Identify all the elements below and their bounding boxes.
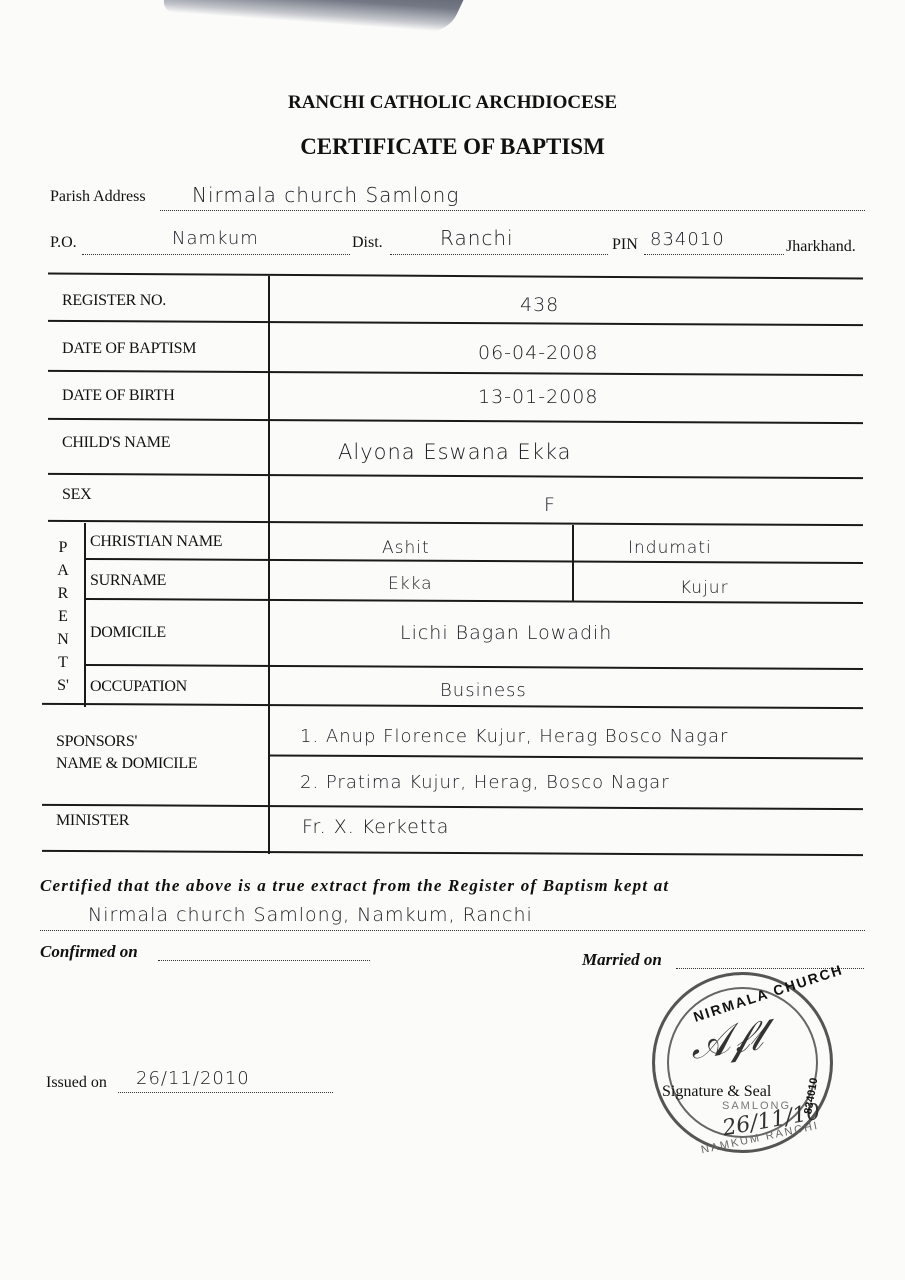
confirmed-on-label: Confirmed on <box>40 942 138 962</box>
child-name-value: Alyona Eswana Ekka <box>338 440 572 464</box>
sex-value: F <box>544 494 556 516</box>
father-christian-name: Ashit <box>382 538 430 558</box>
table-column-divider <box>268 706 270 854</box>
row-divider <box>86 558 863 564</box>
row-divider <box>48 320 863 326</box>
pin-value: 834010 <box>650 229 725 250</box>
father-surname: Ekka <box>388 574 433 594</box>
parents-letter: P <box>54 536 72 559</box>
row-divider <box>86 664 863 670</box>
sponsors-label-line1: SPONSORS' <box>56 733 137 751</box>
kept-at-value: Nirmala church Samlong, Namkum, Ranchi <box>88 904 533 926</box>
mother-surname: Kujur <box>680 578 729 598</box>
signature-seal-label: Signature & Seal <box>662 1083 771 1101</box>
domicile-value: Lichi Bagan Lowadih <box>400 622 612 644</box>
domicile-label: DOMICILE <box>90 624 166 642</box>
issued-on-value: 26/11/2010 <box>136 1068 250 1089</box>
po-value: Namkum <box>172 228 259 249</box>
parents-side-label: P A R E N T S' <box>54 536 72 697</box>
certification-statement: Certified that the above is a true extra… <box>40 876 865 896</box>
occupation-value: Business <box>440 680 527 701</box>
child-name-label: CHILD'S NAME <box>62 434 170 452</box>
minister-label: MINISTER <box>56 812 129 830</box>
sponsor-1: 1. Anup Florence Kujur, Herag Bosco Naga… <box>300 726 728 747</box>
christian-name-label: CHRISTIAN NAME <box>90 533 222 551</box>
mother-christian-name: Indumati <box>628 538 712 558</box>
occupation-label: OCCUPATION <box>90 678 187 696</box>
dist-value: Ranchi <box>440 226 514 250</box>
parish-address-value: Nirmala church Samlong <box>192 183 459 207</box>
pin-label: PIN <box>612 236 638 254</box>
register-no-label: REGISTER NO. <box>62 292 166 310</box>
row-divider <box>42 804 863 810</box>
sponsors-label-line2: NAME & DOMICILE <box>56 755 197 773</box>
state-label: Jharkhand. <box>786 238 856 256</box>
row-divider <box>270 754 863 759</box>
signature-scribble: 𝒜𝒻𝓁 <box>687 1010 766 1070</box>
row-divider <box>86 598 863 604</box>
row-divider <box>48 370 863 376</box>
table-bottom-border <box>42 850 863 856</box>
camera-shadow <box>157 0 472 32</box>
row-divider <box>42 703 863 709</box>
parents-letter: S' <box>54 674 72 697</box>
father-mother-divider <box>572 525 574 601</box>
row-divider <box>48 520 863 526</box>
parents-letter: A <box>54 559 72 582</box>
date-of-birth-label: DATE OF BIRTH <box>62 387 174 405</box>
table-top-border <box>48 273 863 280</box>
po-label: P.O. <box>50 234 77 252</box>
table-column-divider <box>268 276 270 706</box>
surname-label: SURNAME <box>90 572 166 590</box>
row-divider <box>48 473 863 479</box>
parents-letter: N <box>54 628 72 651</box>
organization-heading: RANCHI CATHOLIC ARCHDIOCESE <box>0 92 905 114</box>
married-on-label: Married on <box>582 950 662 970</box>
sex-label: SEX <box>62 486 91 504</box>
parish-address-label: Parish Address <box>50 188 146 206</box>
minister-value: Fr. X. Kerketta <box>302 816 449 838</box>
row-divider <box>48 418 863 424</box>
parents-letter: R <box>54 582 72 605</box>
parents-letter: E <box>54 605 72 628</box>
date-of-baptism-label: DATE OF BAPTISM <box>62 340 196 358</box>
parents-divider <box>84 523 86 707</box>
date-of-baptism-value: 06-04-2008 <box>478 342 598 364</box>
issued-on-label: Issued on <box>46 1074 107 1092</box>
confirmed-on-field <box>158 946 370 961</box>
date-of-birth-value: 13-01-2008 <box>478 386 598 408</box>
certificate-title: CERTIFICATE OF BAPTISM <box>0 134 905 160</box>
dist-label: Dist. <box>352 234 383 252</box>
parents-letter: T <box>54 651 72 674</box>
register-no-value: 438 <box>520 294 559 316</box>
sponsor-2: 2. Pratima Kujur, Herag, Bosco Nagar <box>300 772 670 793</box>
